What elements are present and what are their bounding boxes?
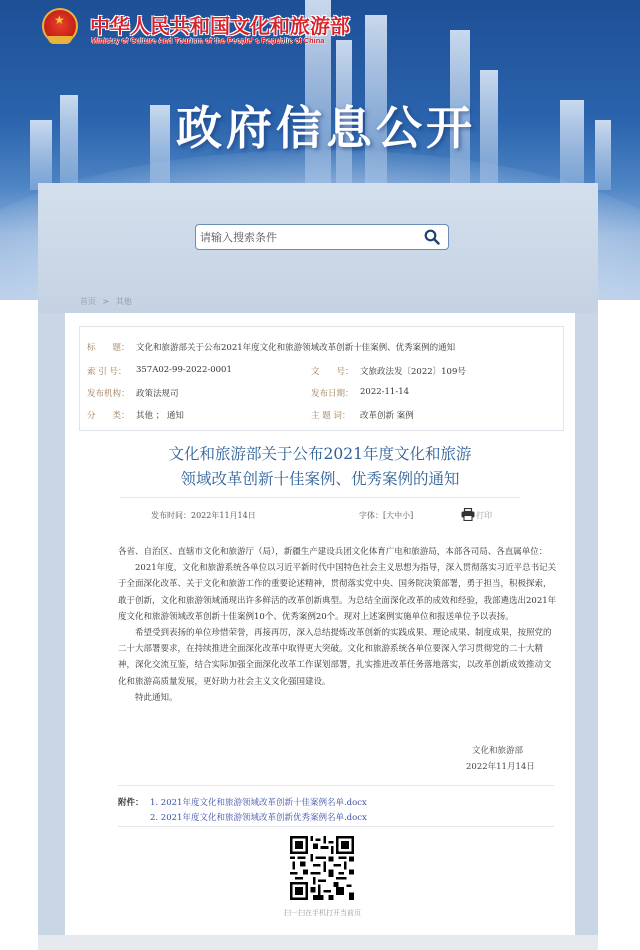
search-icon[interactable] [424,229,440,245]
page-bottom-bar [38,935,598,950]
document-body: 各省、自治区、直辖市文化和旅游厅（局），新疆生产建设兵团文化体育广电和旅游局，本… [118,544,558,706]
closing: 特此通知。 [118,690,558,706]
breadcrumb-separator: > [103,297,110,306]
site-subtitle: Ministry of Culture And Tourism of the P… [91,36,324,45]
emblem-base [48,36,72,44]
divider [120,497,520,498]
signature-org: 文化和旅游部 [472,744,523,756]
skyline-building [60,95,78,190]
search-box [195,224,449,250]
skyline-building [150,105,170,190]
meta-title-label: 标 题： [87,341,130,353]
meta-date-value: 2022-11-14 [360,387,409,397]
body-paragraph: 希望受到表扬的单位珍惜荣誉，再接再厉，深入总结提炼改革创新的实践成果、理论成果、… [118,625,558,690]
breadcrumb-current[interactable]: 其他 [116,297,132,306]
skyline-building [30,120,52,190]
attachment-link[interactable]: 2. 2021年度文化和旅游领域改革创新优秀案例名单.docx [150,811,367,823]
search-input[interactable] [196,225,406,249]
document-title: 文化和旅游部关于公布2021年度文化和旅游 领域改革创新十佳案例、优秀案例的通知 [100,442,540,492]
meta-docno-value: 文旅政法发〔2022〕109号 [360,365,466,377]
meta-title-value: 文化和旅游部关于公布2021年度文化和旅游领域改革创新十佳案例、优秀案例的通知 [136,341,455,353]
publish-time: 发布时间：2022年11月14日 [151,510,256,521]
site-title[interactable]: 中华人民共和国文化和旅游部 [90,10,350,39]
meta-keywords-value: 改革创新 案例 [360,409,414,421]
divider [118,785,554,786]
font-size-large[interactable]: 大 [386,511,394,520]
font-size-selector: 字体：[大中小] [359,510,413,521]
salutation: 各省、自治区、直辖市文化和旅游厅（局），新疆生产建设兵团文化体育广电和旅游局，本… [118,544,558,560]
meta-date-label: 发布日期： [311,387,354,399]
signature-date: 2022年11月14日 [466,760,535,772]
meta-category-value: 其他 ； 通知 [136,409,184,421]
printer-icon[interactable] [461,508,475,521]
meta-org-label: 发布机构： [87,387,130,399]
skyline-building [595,120,611,190]
breadcrumb: 首页 > 其他 [80,296,136,307]
breadcrumb-home[interactable]: 首页 [80,297,96,306]
font-size-medium[interactable]: 中 [394,511,402,520]
qr-caption: 扫一扫在手机打开当前页 [280,908,365,918]
font-size-label: 字体： [359,511,383,520]
meta-index-label: 索 引 号： [87,365,126,377]
font-size-small[interactable]: 小 [402,511,410,520]
meta-category-label: 分 类： [87,409,130,421]
meta-index-value: 357A02-99-2022-0001 [136,365,232,375]
qr-code [290,836,354,900]
meta-keywords-label: 主 题 词： [311,409,350,421]
divider [118,826,554,827]
hero-title: 政府信息公开 [176,92,476,158]
skyline-building [560,100,584,190]
attachment-link[interactable]: 1. 2021年度文化和旅游领域改革创新十佳案例名单.docx [150,796,367,808]
body-paragraph: 2021年度，文化和旅游系统各单位以习近平新时代中国特色社会主义思想为指导，深入… [118,560,558,625]
attachments-label: 附件： [118,796,144,808]
metadata-table: 标 题： 文化和旅游部关于公布2021年度文化和旅游领域改革创新十佳案例、优秀案… [79,326,564,431]
meta-org-value: 政策法规司 [136,387,179,399]
document-title-line2: 领域改革创新十佳案例、优秀案例的通知 [100,467,540,492]
document-title-line1: 文化和旅游部关于公布2021年度文化和旅游 [100,442,540,467]
print-button[interactable]: 打印 [476,510,492,521]
font-bracket-close: ] [410,511,413,520]
meta-docno-label: 文 号： [311,365,354,377]
skyline-building [480,70,498,190]
